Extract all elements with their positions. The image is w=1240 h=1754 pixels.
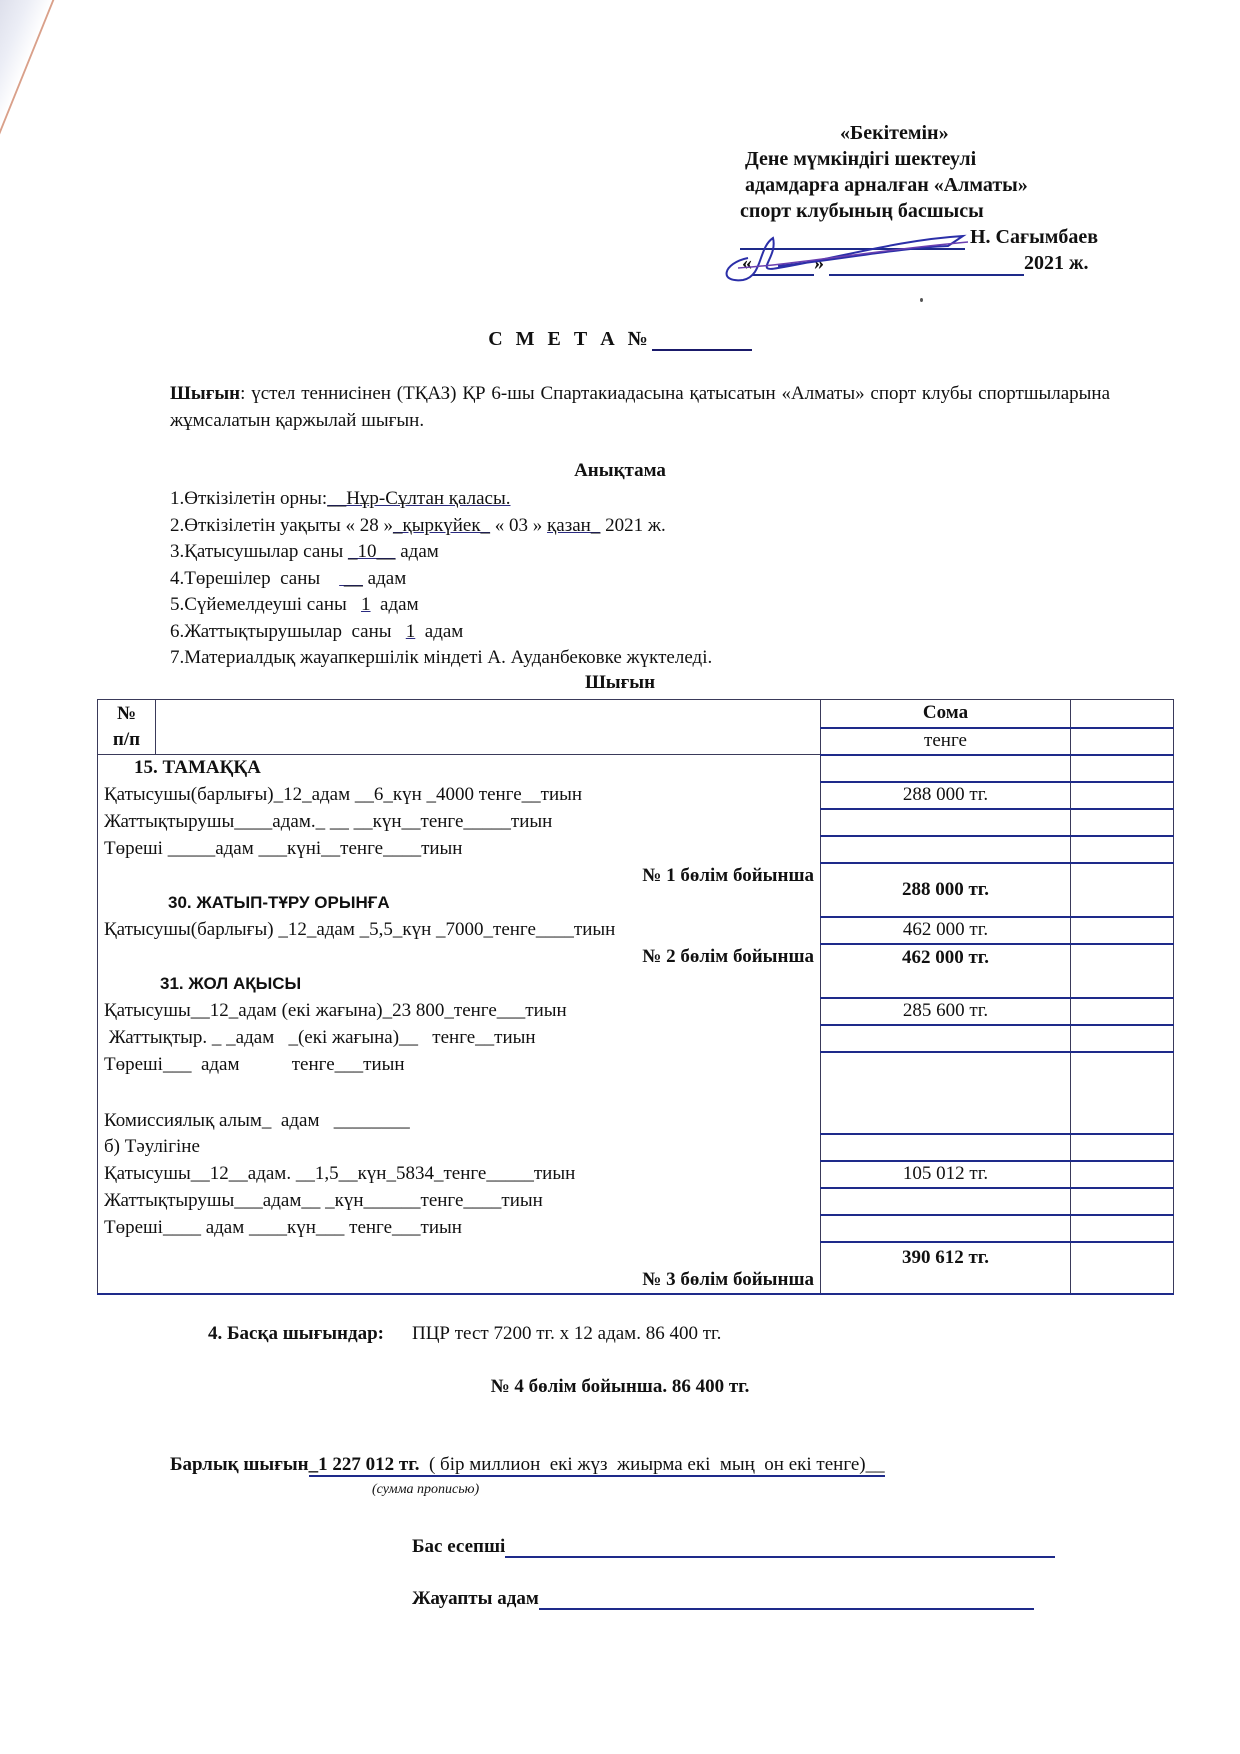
subtotal-label: № 1 бөлім бойынша: [98, 863, 821, 890]
empty-cell: [1071, 755, 1174, 782]
amount-cell: 288 000 тг.: [821, 782, 1071, 809]
reference-item-responsibility: 7.Материалдық жауапкершілік міндеті А. А…: [170, 645, 712, 672]
empty-cell: [1071, 782, 1174, 809]
ref-month-end: қазан_: [547, 515, 600, 536]
amount-cell: 105 012 тг.: [821, 1161, 1071, 1188]
table-header-row: № п/п Сома: [98, 700, 1174, 728]
grand-total: Барлық шығын_1 227 012 тг. ( бір миллион…: [170, 1454, 885, 1476]
section-heading: 31. ЖОЛ АҚЫСЫ: [98, 971, 821, 998]
table-row: Жаттықтыр. _ _адам _(екі жағына)__ тенге…: [98, 1025, 1174, 1052]
amount-in-words-hint: (сумма прописью): [372, 1482, 479, 1498]
title-text: С М Е Т А №: [488, 328, 652, 350]
ref-label: 6.Жаттықтырушылар саны: [170, 621, 406, 642]
amount-cell: [821, 1215, 1071, 1242]
table-row-subtotal: № 1 бөлім бойынша 288 000 тг.: [98, 863, 1174, 890]
table-row: Қатысушы__12_адам (екі жағына)_23 800_те…: [98, 998, 1174, 1025]
total-in-words: ( бір миллион екі жүз жиырма екі мың он …: [419, 1454, 884, 1475]
other-expenses-text: ПЦР тест 7200 тг. х 12 адам. 86 400 тг.: [412, 1323, 721, 1344]
total-label: Барлық шығын: [170, 1454, 309, 1475]
line-item-text: Қатысушы(барлығы)_12_адам __6_күн _4000 …: [98, 782, 821, 809]
empty-cell: [1071, 1161, 1174, 1188]
table-row: Төреші___ адам тенге___тиын: [98, 1052, 1174, 1079]
header-num: №: [98, 701, 155, 727]
ref-value: 1: [361, 594, 371, 615]
total-amount: _1 227 012 тг.: [309, 1454, 420, 1475]
table-row: 15. ТАМАҚҚА: [98, 755, 1174, 782]
other-expenses-subtotal: № 4 бөлім бойынша. 86 400 тг.: [0, 1376, 1240, 1398]
approval-line-3: спорт клубының баcшысы: [740, 198, 1160, 224]
empty-cell: [1071, 1215, 1174, 1242]
purpose-text: : үстел теннисінен (ТҚАЗ) ҚР 6-шы Спарта…: [170, 383, 1110, 431]
table-row: Қатысушы(барлығы)_12_адам __6_күн _4000 …: [98, 782, 1174, 809]
ref-label: 7.Материалдық жауапкершілік міндеті А. А…: [170, 647, 712, 668]
ref-value: __: [339, 568, 363, 589]
ref-unit: адам: [415, 621, 463, 642]
empty-cell: [1071, 728, 1174, 755]
ref-label: 4.Төрешілер саны: [170, 568, 339, 589]
empty-cell: [1071, 863, 1174, 917]
empty-cell: [1071, 809, 1174, 836]
ref-unit: адам: [363, 568, 406, 589]
line-item-text: Жаттықтырушы___адам__ _күн______тенге___…: [98, 1188, 821, 1215]
amount-cell: 462 000 тг.: [821, 917, 1071, 944]
reference-item-venue: 1.Өткізілетін орны:__Нұр-Сұлтан қаласы.: [170, 486, 712, 513]
scan-edge-shadow: [0, 0, 62, 180]
scan-speck: [920, 298, 923, 302]
chief-accountant-signature: Бас есепші: [412, 1536, 1055, 1558]
amount-cell: [821, 1134, 1071, 1161]
table-row: Жаттықтырушы___адам__ _күн______тенге___…: [98, 1188, 1174, 1215]
total-field: _1 227 012 тг. ( бір миллион екі жүз жиы…: [309, 1454, 885, 1477]
section-heading: 15. ТАМАҚҚА: [98, 755, 821, 782]
table-row: Қатысушы(барлығы) _12_адам _5,5_күн _700…: [98, 917, 1174, 944]
empty-cell: [1071, 1134, 1174, 1161]
approval-heading: «Бекітемін»: [740, 120, 1160, 146]
approval-line-1: Дене мүмкіндігі шектеулі: [740, 146, 1160, 172]
ref-label: 5.Сүйемелдеуші саны: [170, 594, 361, 615]
expenses-title: Шығын: [0, 672, 1240, 694]
col-header-extra: [1071, 700, 1174, 728]
line-item-text: Жаттықтыр. _ _адам _(екі жағына)__ тенге…: [98, 1025, 821, 1052]
empty-cell: [1071, 917, 1174, 944]
ref-label: 2.Өткізілетін уақыты « 28 »: [170, 515, 393, 536]
line-item-text: Төреші____ адам ____күн___ тенге___тиын: [98, 1215, 821, 1242]
document-title: С М Е Т А №: [0, 328, 1240, 351]
reference-item-dates: 2.Өткізілетін уақыты « 28 »_қыркүйек_ « …: [170, 513, 712, 540]
col-header-amount: Сома: [821, 700, 1071, 728]
line-item-text: б) Тәулігіне: [98, 1134, 821, 1161]
amount-cell: [821, 755, 1071, 782]
signature-scribble-icon: [718, 228, 978, 288]
subtotal-label: № 2 бөлім бойынша: [98, 944, 821, 971]
line-item-text: Жаттықтырушы____адам._ __ __күн__тенге__…: [98, 809, 821, 836]
purpose-paragraph: Шығын: үстел теннисінен (ТҚАЗ) ҚР 6-шы С…: [170, 380, 1110, 434]
ref-month-start: _қыркүйек_: [393, 515, 490, 536]
signatory-name: Н. Сағымбаев: [970, 226, 1098, 248]
purpose-label: Шығын: [170, 383, 240, 404]
reference-item-referees: 4.Төрешілер саны __ адам: [170, 566, 712, 593]
responsible-person-signature: Жауапты адам: [412, 1588, 1034, 1610]
col-header-currency: тенге: [821, 728, 1071, 755]
table-row-subtotal: № 2 бөлім бойынша 462 000 тг.: [98, 944, 1174, 971]
reference-item-escorts: 5.Сүйемелдеуші саны 1 адам: [170, 592, 712, 619]
header-pp: п/п: [98, 727, 155, 753]
chief-accountant-label: Бас есепші: [412, 1536, 505, 1557]
approval-line-2: адамдарға арналған «Алматы»: [740, 172, 1160, 198]
subtotal-amount: 288 000 тг.: [821, 863, 1071, 917]
ref-day-end: « 03 »: [490, 515, 547, 536]
amount-cell: [821, 1188, 1071, 1215]
other-expenses-label: 4. Басқа шығындар:: [208, 1323, 384, 1344]
line-item-text: Төреші___ адам тенге___тиын: [98, 1052, 821, 1079]
subtotal-amount: 462 000 тг.: [821, 944, 1071, 998]
expenses-table: № п/п Сома тенге 15. ТАМАҚҚА Қатысушы(ба…: [97, 699, 1174, 1295]
section-heading: 30. ЖАТЫП-ТҰРУ ОРЫНҒА: [98, 890, 821, 917]
empty-cell: [1071, 944, 1174, 998]
table-row: Төреші____ адам ____күн___ тенге___тиын: [98, 1215, 1174, 1242]
approval-year: 2021 ж.: [1024, 252, 1089, 274]
col-header-description: [156, 700, 821, 755]
amount-cell: [821, 1052, 1071, 1134]
subtotal-label: № 3 бөлім бойынша: [98, 1242, 821, 1294]
responsible-person-label: Жауапты адам: [412, 1588, 539, 1609]
ref-value: _10__: [348, 541, 396, 562]
empty-cell: [1071, 1242, 1174, 1294]
table-row: Жаттықтырушы____адам._ __ __күн__тенге__…: [98, 809, 1174, 836]
table-row-subtotal: № 3 бөлім бойынша 390 612 тг.: [98, 1242, 1174, 1294]
ref-year: 2021 ж.: [600, 515, 665, 536]
chief-accountant-signature-field[interactable]: [505, 1536, 1055, 1558]
line-item-text: Төреші _____адам ___күні__тенге____тиын: [98, 836, 821, 863]
empty-cell: [1071, 1025, 1174, 1052]
responsible-person-signature-field[interactable]: [539, 1588, 1034, 1610]
amount-cell: [821, 836, 1071, 863]
table-row: б) Тәулігіне: [98, 1134, 1174, 1161]
amount-cell: 285 600 тг.: [821, 998, 1071, 1025]
ref-value: 1: [406, 621, 416, 642]
subtotal-amount: 390 612 тг.: [821, 1242, 1071, 1294]
other-expenses: 4. Басқа шығындар:ПЦР тест 7200 тг. х 12…: [208, 1323, 721, 1345]
reference-title: Анықтама: [0, 460, 1240, 482]
amount-cell: [821, 809, 1071, 836]
table-row: Қатысушы__12__адам. __1,5__күн_5834_тенг…: [98, 1161, 1174, 1188]
reference-item-coaches: 6.Жаттықтырушылар саны 1 адам: [170, 619, 712, 646]
ref-unit: адам: [395, 541, 438, 562]
ref-label: 1.Өткізілетін орны:: [170, 488, 327, 509]
line-item-text: Қатысушы__12__адам. __1,5__күн_5834_тенг…: [98, 1161, 821, 1188]
line-item-text: Қатысушы(барлығы) _12_адам _5,5_күн _700…: [98, 917, 821, 944]
empty-cell: [1071, 836, 1174, 863]
line-item-text: Комиссиялық алым_ адам ________: [98, 1079, 821, 1134]
line-item-text: Қатысушы__12_адам (екі жағына)_23 800_те…: [98, 998, 821, 1025]
ref-label: 3.Қатысушылар саны: [170, 541, 348, 562]
col-header-number: № п/п: [98, 700, 156, 755]
estimate-number-field[interactable]: [652, 329, 752, 351]
reference-list: 1.Өткізілетін орны:__Нұр-Сұлтан қаласы. …: [170, 486, 712, 672]
reference-item-participants: 3.Қатысушылар саны _10__ адам: [170, 539, 712, 566]
amount-cell: [821, 1025, 1071, 1052]
empty-cell: [1071, 998, 1174, 1025]
empty-cell: [1071, 1052, 1174, 1134]
ref-value: __Нұр-Сұлтан қаласы.: [327, 488, 510, 509]
table-row: Төреші _____адам ___күні__тенге____тиын: [98, 836, 1174, 863]
empty-cell: [1071, 1188, 1174, 1215]
ref-unit: адам: [371, 594, 419, 615]
